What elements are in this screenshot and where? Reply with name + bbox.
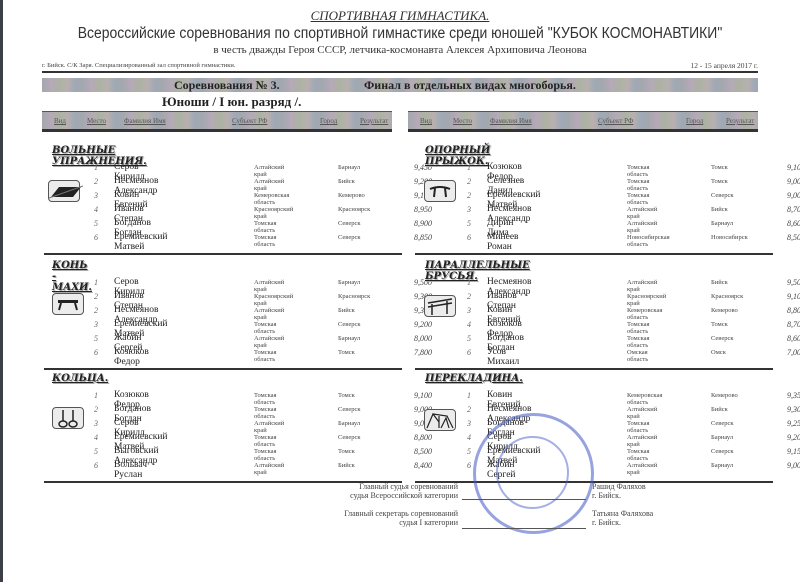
city-cell: Барнаул [338,420,360,427]
city-cell: Омск [711,349,726,356]
section-title: ПЕРЕКЛАДИНА. [425,373,523,384]
region-cell: Красноярский край [254,293,293,307]
city-cell: Томск [711,321,728,328]
region-cell: Томская область [254,406,277,420]
floor-exercise-icon [48,180,80,202]
region-cell: Томская область [627,335,650,349]
score-cell: 9,100 [765,163,800,172]
divider [42,71,758,73]
col-name: Фамилия Имя [124,117,166,125]
place-cell: 1 [94,391,104,400]
city-cell: Томск [338,392,355,399]
city-cell: Томск [711,164,728,171]
region-cell: Томская область [627,321,650,335]
place-cell: 6 [467,348,477,357]
score-cell: 9,150 [765,447,800,456]
place-cell: 5 [94,334,104,343]
score-cell: 9,000 [765,177,800,186]
col-place: Место [453,117,472,125]
place-cell: 2 [94,405,104,414]
signer-name: Татьяна Фаляхова [592,509,653,518]
score-cell: 9,100 [392,391,432,400]
role-line: Главный судья соревнований [300,482,458,491]
signature-name: Татьяна Фаляхова г. Бийск. [592,509,653,527]
section-divider [44,368,402,370]
place-cell: 4 [467,433,477,442]
score-cell: 8,600 [765,219,800,228]
section-divider [415,368,773,370]
city-cell: Красноярск [711,293,743,300]
place-cell: 3 [467,306,477,315]
rings-icon [52,407,84,429]
scan-edge [0,0,3,582]
dates: 12 - 15 апреля 2017 г. [691,61,759,70]
place-cell: 5 [467,219,477,228]
score-cell: 9,000 [765,191,800,200]
place-cell: 6 [94,461,104,470]
doc-title: СПОРТИВНАЯ ГИМНАСТИКА. [0,8,800,24]
place-cell: 2 [467,405,477,414]
place-cell: 3 [94,419,104,428]
place-cell: 3 [94,320,104,329]
city-cell: Бийск [338,307,355,314]
city-cell: Северск [711,335,734,342]
score-cell: 9,350 [765,391,800,400]
place-cell: 6 [94,348,104,357]
score-cell: 8,500 [392,447,432,456]
city-cell: Барнаул [711,434,733,441]
region-cell: Алтайский край [254,420,284,434]
venue: г. Бийск. С/К Заря. Специализированный з… [42,62,236,69]
score-cell: 8,600 [765,334,800,343]
region-cell: Томская область [254,434,277,448]
city-cell: Бийск [711,279,728,286]
region-cell: Томская область [627,192,650,206]
name-cell: Минеев Роман [487,232,519,252]
signer-name: Рашид Фаляхов [592,482,646,491]
region-cell: Алтайский край [254,178,284,192]
region-cell: Алтайский край [627,462,657,476]
score-cell: 8,700 [765,320,800,329]
city-cell: Барнаул [711,462,733,469]
competition-bar: Соревнования № 3. Финал в отдельных вида… [42,78,758,92]
region-cell: Алтайский край [627,206,657,220]
region-cell: Алтайский край [254,335,284,349]
region-cell: Томская область [627,178,650,192]
city-cell: Северск [338,321,361,328]
region-cell: Алтайский край [254,462,284,476]
role-line: Главный секретарь соревнований [300,509,458,518]
place-cell: 2 [94,292,104,301]
city-cell: Северск [711,192,734,199]
score-cell: 8,000 [392,334,432,343]
region-cell: Кемеровская область [254,192,289,206]
place-cell: 2 [94,306,104,315]
city-cell: Северск [338,406,361,413]
signature-line [462,499,586,500]
city-cell: Барнаул [338,164,360,171]
region-cell: Томская область [254,321,277,335]
place-cell: 1 [467,391,477,400]
place-cell: 1 [467,163,477,172]
score-cell: 9,250 [765,419,800,428]
col-city: Город [320,117,337,125]
signature-line [462,528,586,529]
official-stamp [473,413,594,534]
name-cell: Усов Михаил [487,347,519,367]
role-line: судья I категории [300,518,458,527]
region-cell: Алтайский край [627,406,657,420]
score-cell: 8,950 [392,205,432,214]
city-cell: Кемерово [338,192,365,199]
place-cell: 3 [467,205,477,214]
score-cell: 8,400 [392,461,432,470]
region-cell: Алтайский край [254,307,284,321]
region-cell: Томская область [254,448,277,462]
score-cell: 8,700 [765,205,800,214]
section-title: ОПОРНЫЙ ПРЫЖОК. [425,145,490,167]
region-cell: Алтайский край [627,434,657,448]
region-cell: Томская область [627,420,650,434]
name-cell: Вольвач Руслан [114,460,147,480]
section-title: КОЛЬЦА. [52,373,108,384]
score-cell: 9,100 [765,292,800,301]
vault-icon [424,180,456,202]
age-group: Юноши / I юн. разряд /. [162,94,301,110]
region-cell: Томская область [627,164,650,178]
signature-name: Рашид Фаляхов г. Бийск. [592,482,646,500]
score-cell: 9,500 [765,278,800,287]
region-cell: Томская область [627,448,650,462]
place-cell: 6 [467,233,477,242]
region-cell: Алтайский край [254,279,284,293]
role-line: судья Всероссийской категории [300,491,458,500]
col-region: Субъект РФ [598,117,633,125]
city-cell: Северск [338,434,361,441]
score-cell: 7,800 [392,348,432,357]
region-cell: Красноярский край [254,206,293,220]
horizontal-bar-icon [424,409,456,431]
city-cell: Барнаул [711,220,733,227]
section-title: КОНЬ - МАХИ. [52,260,92,293]
city-cell: Томск [711,178,728,185]
competition-number: Соревнования № 3. [174,78,280,93]
region-cell: Алтайский край [254,164,284,178]
score-cell: 8,800 [765,306,800,315]
place-cell: 1 [94,163,104,172]
region-cell: Томская область [254,392,277,406]
score-cell: 9,300 [765,405,800,414]
region-cell: Кемеровская область [627,392,662,406]
city-cell: Бийск [711,206,728,213]
column-header-right: Вид Место Фамилия Имя Субъект РФ Город Р… [408,111,758,132]
place-cell: 2 [467,177,477,186]
name-cell: Еремиевский Матвей [114,232,168,252]
place-cell: 2 [467,292,477,301]
place-cell: 3 [94,191,104,200]
col-place: Место [87,117,106,125]
section-divider [415,253,773,255]
section-divider [44,253,402,255]
col-city: Город [686,117,703,125]
competition-stage: Финал в отдельных видах многоборья. [364,78,576,93]
name-cell: Козюков Федор [114,347,149,367]
city-cell: Кемерово [711,392,738,399]
place-cell: 4 [94,433,104,442]
city-cell: Бийск [338,462,355,469]
col-name: Фамилия Имя [490,117,532,125]
score-cell: 9,200 [765,433,800,442]
place-cell: 5 [94,219,104,228]
score-cell: 9,000 [765,461,800,470]
city-cell: Красноярск [338,206,370,213]
region-cell: Алтайский край [627,279,657,293]
city-cell: Бийск [338,178,355,185]
place-cell: 6 [94,233,104,242]
place-cell: 2 [94,177,104,186]
place-cell: 4 [467,320,477,329]
region-cell: Кемеровская область [627,307,662,321]
region-cell: Томская область [254,349,277,363]
signer-city: г. Бийск. [592,491,646,500]
city-cell: Новосибирск [711,234,748,241]
place-cell: 4 [94,205,104,214]
score-cell: 8,800 [392,433,432,442]
event-subtitle: в честь дважды Героя СССР, летчика-космо… [0,44,800,56]
parallel-bars-icon [424,295,456,317]
score-cell: 9,200 [392,320,432,329]
col-result: Результат [360,117,388,125]
place-cell: 2 [467,191,477,200]
city-cell: Томск [338,448,355,455]
city-cell: Красноярск [338,293,370,300]
region-cell: Алтайский край [627,220,657,234]
region-cell: Томская область [254,220,277,234]
region-cell: Омская область [627,349,648,363]
column-header-left: Вид Место Фамилия Имя Субъект РФ Город Р… [42,111,392,132]
score-cell: 8,900 [392,219,432,228]
place-cell: 1 [94,278,104,287]
col-region: Субъект РФ [232,117,267,125]
place-cell: 3 [467,419,477,428]
city-cell: Северск [338,220,361,227]
signature-role: Главный судья соревнований судья Всеросс… [300,482,458,500]
col-apparatus: Вид [420,117,432,125]
pommel-horse-icon [52,293,84,315]
place-cell: 1 [467,278,477,287]
place-cell: 5 [94,447,104,456]
region-cell: Новосибирская область [627,234,670,248]
city-cell: Бийск [711,406,728,413]
event-title: Всероссийские соревнования по спортивной… [40,25,760,43]
score-cell: 8,850 [392,233,432,242]
city-cell: Северск [711,448,734,455]
col-result: Результат [726,117,754,125]
region-cell: Томская область [254,234,277,248]
signature-role: Главный секретарь соревнований судья I к… [300,509,458,527]
city-cell: Кемерово [711,307,738,314]
region-cell: Красноярский край [627,293,666,307]
city-cell: Барнаул [338,335,360,342]
score-cell: 8,500 [765,233,800,242]
col-apparatus: Вид [54,117,66,125]
city-cell: Барнаул [338,279,360,286]
place-cell: 5 [467,334,477,343]
score-cell: 7,000 [765,348,800,357]
city-cell: Северск [711,420,734,427]
signer-city: г. Бийск. [592,518,653,527]
city-cell: Томск [338,349,355,356]
city-cell: Северск [338,234,361,241]
